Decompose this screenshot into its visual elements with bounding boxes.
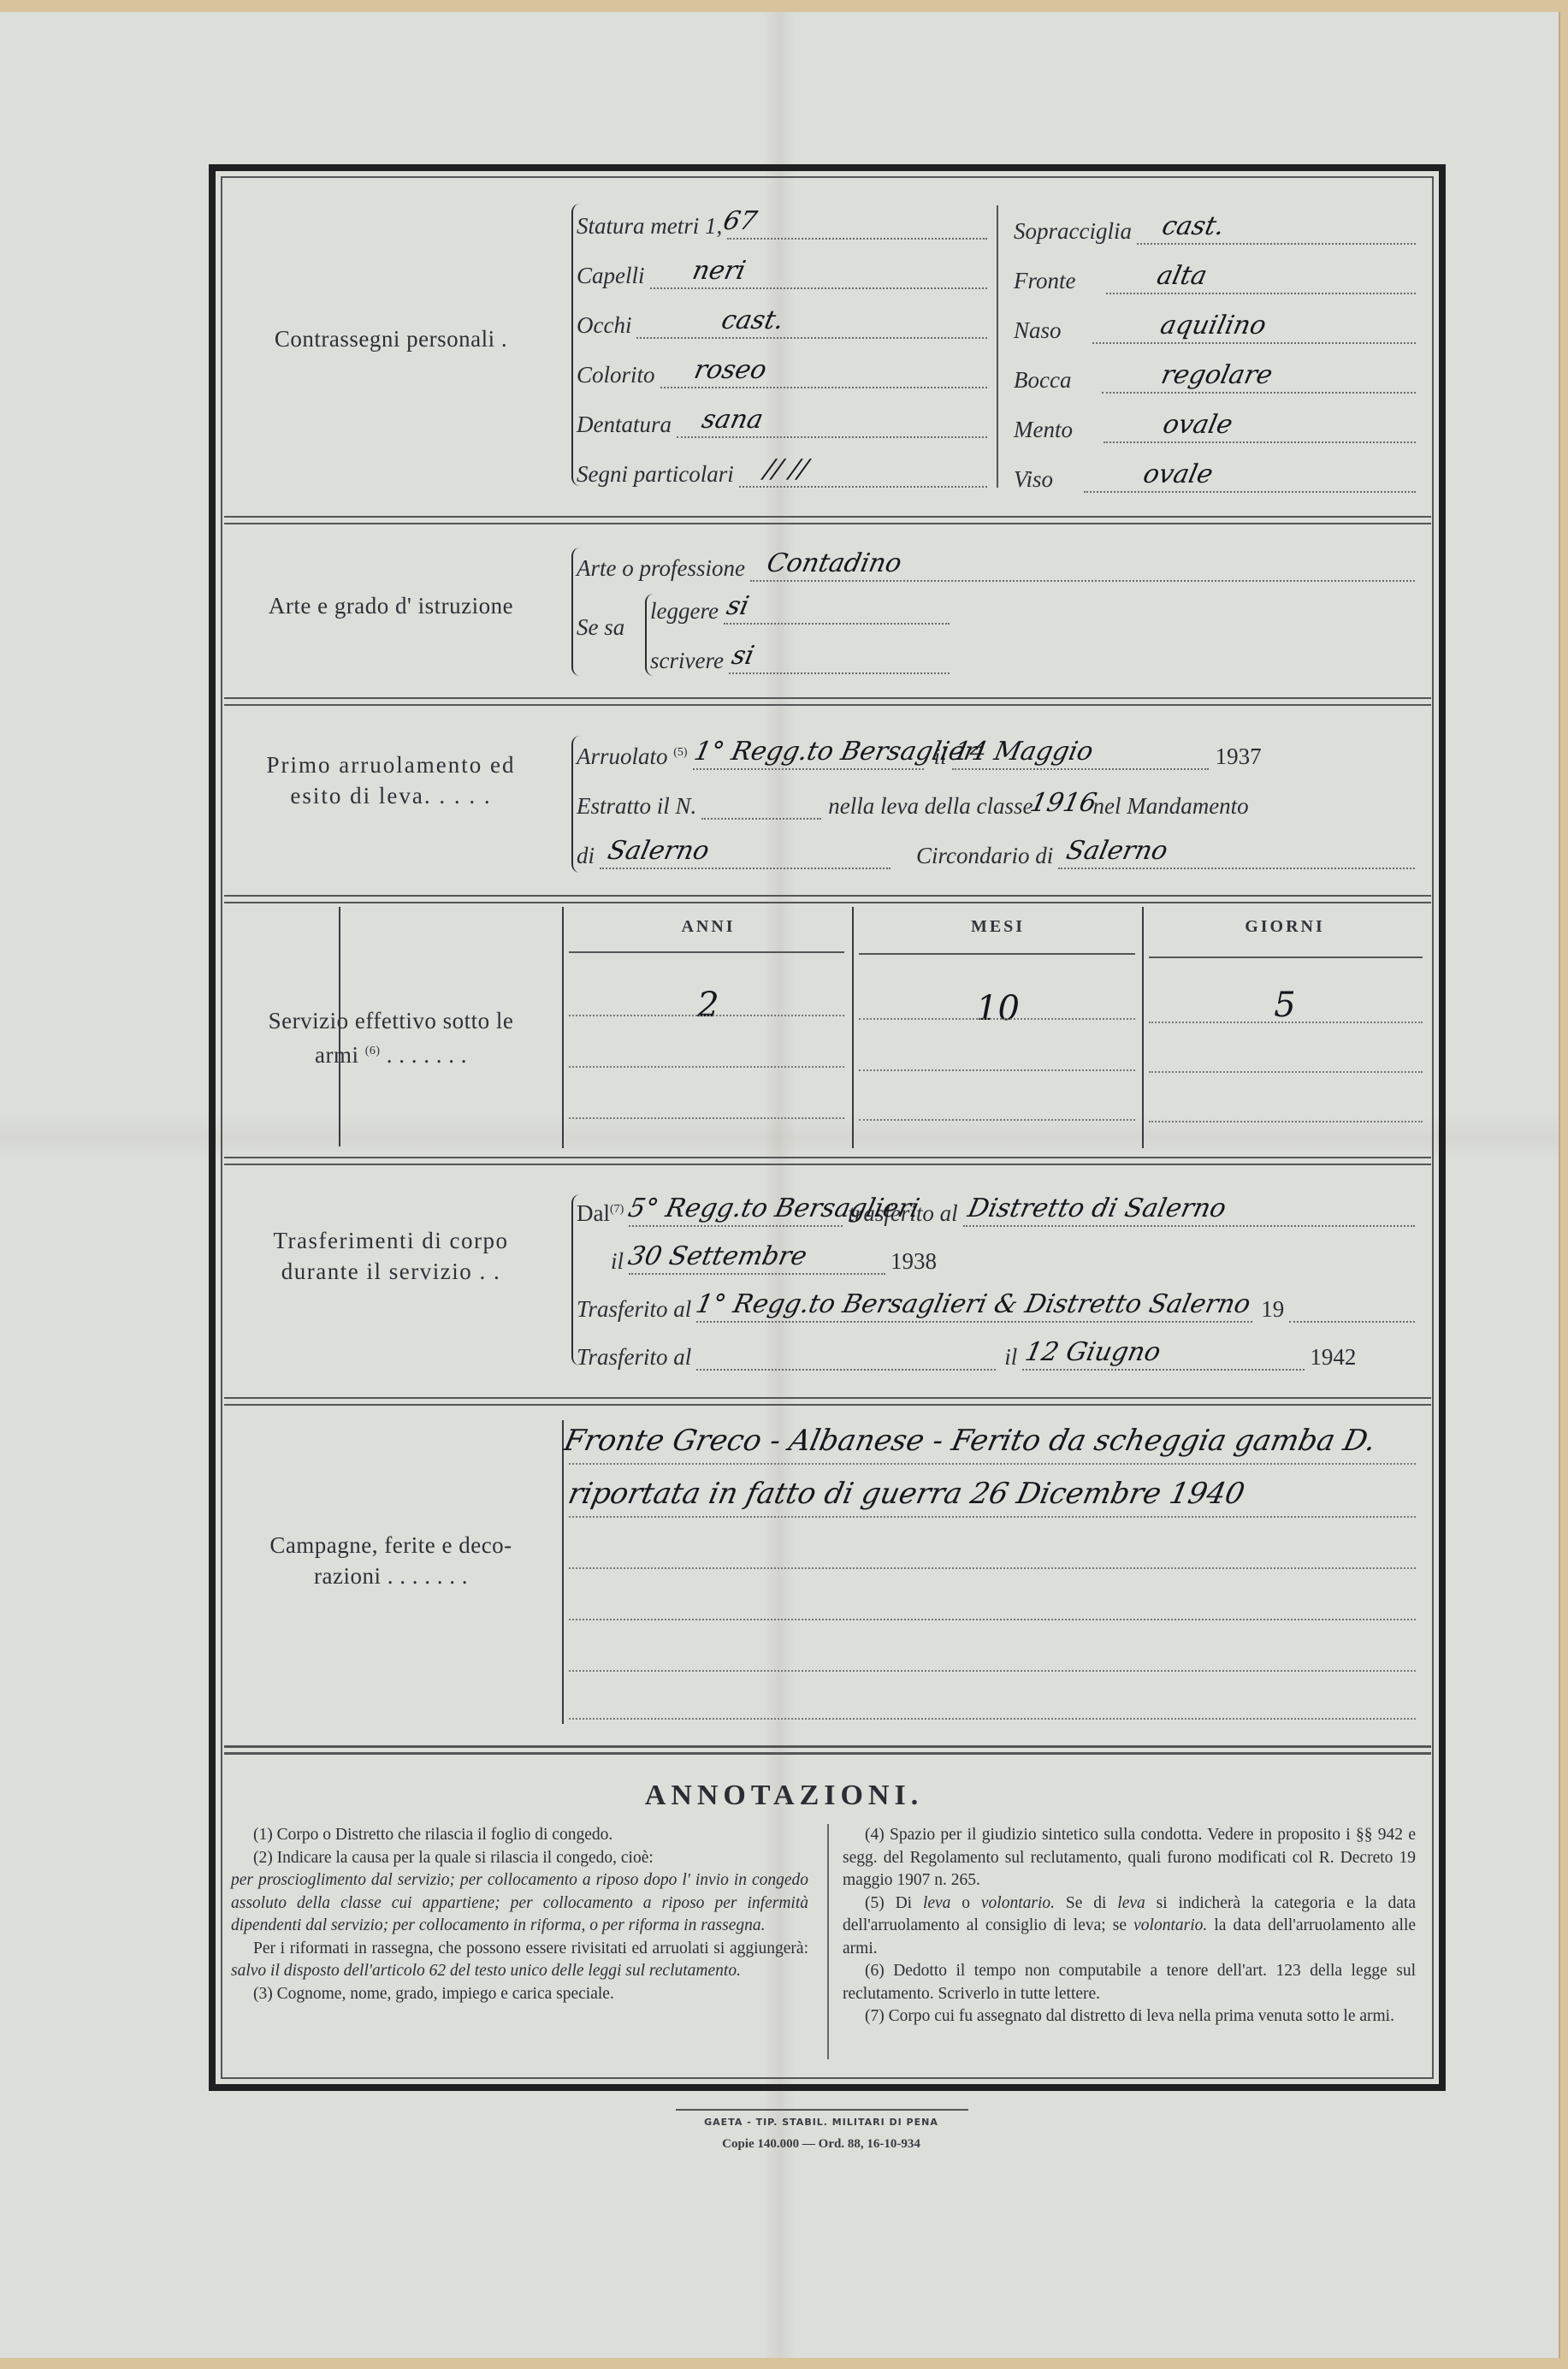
value-giorni[interactable]: 5: [1144, 986, 1426, 1025]
section-divider: [224, 1157, 1431, 1165]
field-scrivere: scrivere si: [650, 640, 950, 674]
field-dentatura: Dentatura sana: [577, 404, 987, 438]
section-divider: [224, 697, 1431, 706]
brace: [571, 204, 583, 486]
label-se-sa: Se sa: [577, 614, 624, 641]
field-occhi: Occhi cast.: [577, 305, 987, 339]
section-label-contrassegni: Contrassegni personali .: [224, 323, 558, 354]
campagne-entry-2: riportata in fatto di guerra 26 Dicembre…: [565, 1477, 1248, 1511]
field-trasferito-2: Trasferito al 1° Regg.to Bersaglieri & D…: [577, 1288, 1415, 1323]
field-naso: Naso aquilino: [1014, 310, 1416, 344]
campagne-line-1[interactable]: [569, 1463, 1416, 1465]
campagne-entry-1: Fronte Greco - Albanese - Ferito da sche…: [561, 1424, 1379, 1458]
field-leggere: leggere si: [650, 590, 950, 625]
annotazioni-right-column: (4) Spazio per il giudizio sintetico sul…: [843, 1824, 1416, 2028]
section-divider: [224, 1397, 1431, 1406]
field-segni-particolari: Segni particolari // //: [577, 453, 987, 488]
col-header-giorni: GIORNI: [1144, 917, 1426, 937]
value-mesi[interactable]: 10: [854, 989, 1142, 1028]
field-data-trasferimento-1: il 30 Settembre 1938: [611, 1241, 1038, 1275]
annotazioni-left-column: (1) Corpo o Distretto che rilascia il fo…: [231, 1824, 808, 2005]
field-viso: Viso ovale: [1014, 459, 1416, 493]
annotazioni-title: ANNOTAZIONI.: [0, 1780, 1568, 1812]
value-anni[interactable]: 2: [565, 986, 852, 1025]
section-label-arruolamento: Primo arruolamento ed esito di leva. . .…: [224, 749, 558, 811]
campagne-line-2[interactable]: [569, 1516, 1416, 1518]
field-capelli: Capelli neri: [577, 255, 987, 289]
section-label-trasferimenti: Trasferimenti di corpo durante il serviz…: [224, 1225, 558, 1287]
field-mandamento: di Salerno Circondario di Salerno: [577, 835, 1415, 869]
field-estratto: Estratto il N. nella leva della classe 1…: [577, 785, 1415, 820]
field-fronte: Fronte alta: [1014, 260, 1416, 294]
printer-imprint: GAETA - TIP. STABIL. MILITARI DI PENA: [650, 2117, 992, 2128]
field-statura: Statura metri 1, 67: [577, 205, 987, 240]
section-label-campagne: Campagne, ferite e deco- razioni . . . .…: [224, 1530, 558, 1591]
annotazioni-column-divider: [827, 1824, 829, 2059]
section-divider-heavy: [224, 1745, 1431, 1755]
field-dal: Dal(7) 5° Regg.to Bersaglieri trasferito…: [577, 1193, 1415, 1227]
footer-rule: [676, 2109, 968, 2111]
col-header-mesi: MESI: [854, 917, 1142, 937]
field-arte-professione: Arte o professione Contadino: [577, 548, 1415, 582]
section-divider: [224, 895, 1431, 903]
col-header-anni: ANNI: [565, 917, 852, 937]
section-divider: [224, 516, 1431, 524]
field-bocca: Bocca regolare: [1014, 359, 1416, 394]
column-divider: [997, 205, 998, 488]
field-colorito: Colorito roseo: [577, 354, 987, 388]
field-mento: Mento ovale: [1014, 409, 1416, 443]
edition-info: Copie 140.000 — Ord. 88, 16-10-934: [650, 2137, 992, 2152]
field-trasferito-3: Trasferito al il 12 Giugno 1942: [577, 1336, 1415, 1371]
table-left-border: [562, 907, 564, 1148]
field-arruolato: Arruolato (5) 1° Regg.to Bersaglieri il …: [577, 736, 1415, 770]
section-label-istruzione: Arte e grado d' istruzione: [224, 590, 558, 621]
section-label-servizio: Servizio effettivo sotto le armi (6) . .…: [224, 1005, 558, 1070]
table-col-divider: [1142, 907, 1144, 1148]
field-sopracciglia: Sopracciglia cast.: [1014, 210, 1416, 245]
